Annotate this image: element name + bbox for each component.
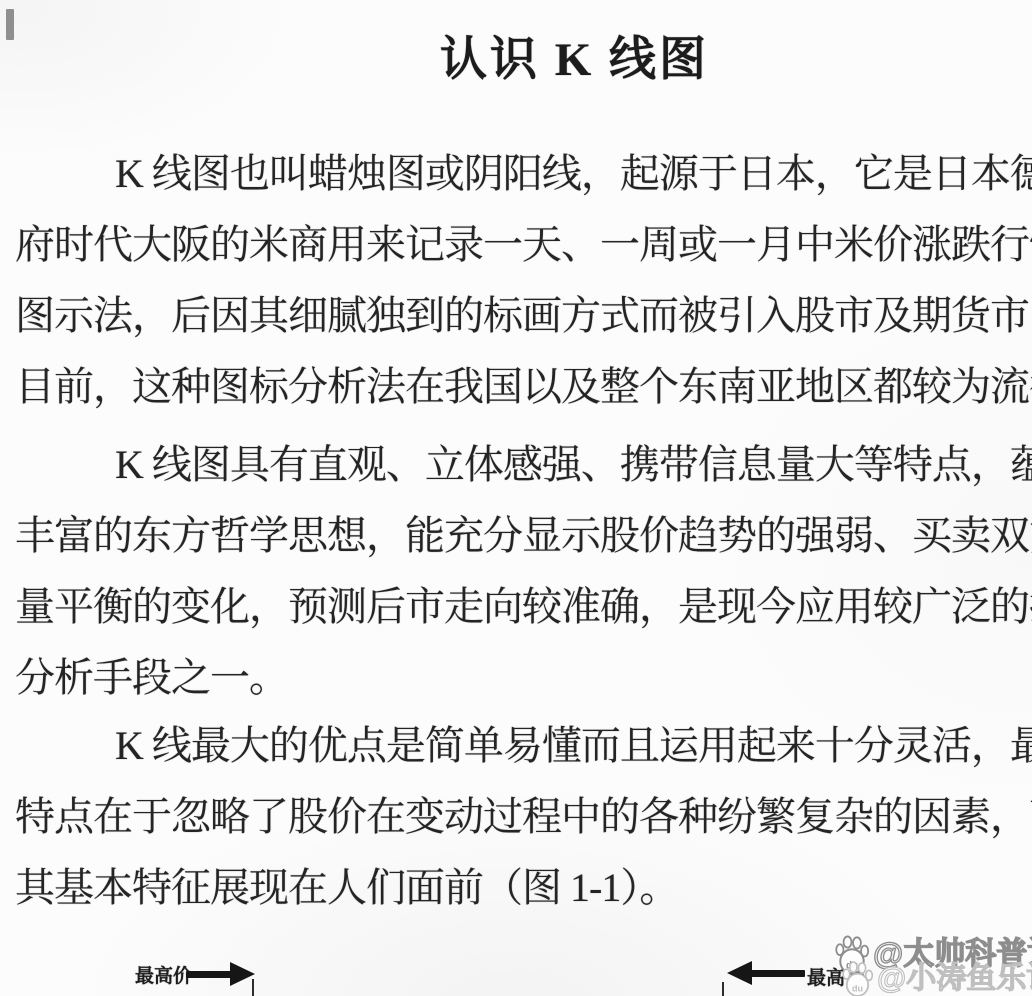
watermark-handle: @小涛鱼乐说 <box>877 961 1032 996</box>
text-line: 其基本特征展现在人们面前（图 1-1）。 <box>15 852 1032 923</box>
watermark-row-2: du @小涛鱼乐说 <box>841 961 1032 996</box>
text-line: 目前，这种图标分析法在我国以及整个东南亚地区都较为流行 <box>15 351 1032 422</box>
scan-artifact-mark <box>6 9 14 40</box>
highest-price-label-left: 最高价 <box>135 961 192 988</box>
page-title: 认识 K 线图 <box>440 22 709 89</box>
text-line: 府时代大阪的米商用来记录一天、一周或一月中米价涨跌行情 <box>15 209 1032 280</box>
paragraph-1: K 线图也叫蜡烛图或阴阳线，起源于日本，它是日本德川 府时代大阪的米商用来记录一… <box>15 138 1032 422</box>
text-line: 特点在于忽略了股价在变动过程中的各种纷繁复杂的因素，而 <box>15 781 1032 852</box>
paragraph-3: K 线最大的优点是简单易懂而且运用起来十分灵活，最大 特点在于忽略了股价在变动过… <box>15 710 1032 923</box>
paragraph-2: K 线图具有直观、立体感强、携带信息量大等特点，蕴含 丰富的东方哲学思想，能充分… <box>15 429 1032 713</box>
text-line: 分析手段之一。 <box>15 642 1032 713</box>
left-arrow-head-icon <box>727 961 752 985</box>
text-line: K 线最大的优点是简单易懂而且运用起来十分灵活，最大 <box>15 710 1032 781</box>
candle-upper-shadow-line <box>722 982 724 996</box>
scanned-book-page: 认识 K 线图 K 线图也叫蜡烛图或阴阳线，起源于日本，它是日本德川 府时代大阪… <box>0 0 1032 996</box>
text-line: K 线图具有直观、立体感强、携带信息量大等特点，蕴含 <box>15 429 1032 500</box>
text-line: 量平衡的变化，预测后市走向较准确，是现今应用较广泛的技 <box>15 571 1032 642</box>
svg-text:du: du <box>852 983 863 993</box>
left-arrow-shaft <box>750 970 805 977</box>
baidu-paw-icon: du <box>841 961 874 996</box>
right-arrow-shaft <box>186 971 232 978</box>
text-line: K 线图也叫蜡烛图或阴阳线，起源于日本，它是日本德川 <box>15 138 1032 209</box>
candle-upper-shadow-line <box>252 979 254 996</box>
text-line: 图示法，后因其细腻独到的标画方式而被引入股市及期货市 <box>15 280 1032 351</box>
text-line: 丰富的东方哲学思想，能充分显示股价趋势的强弱、买卖双方 <box>15 500 1032 571</box>
